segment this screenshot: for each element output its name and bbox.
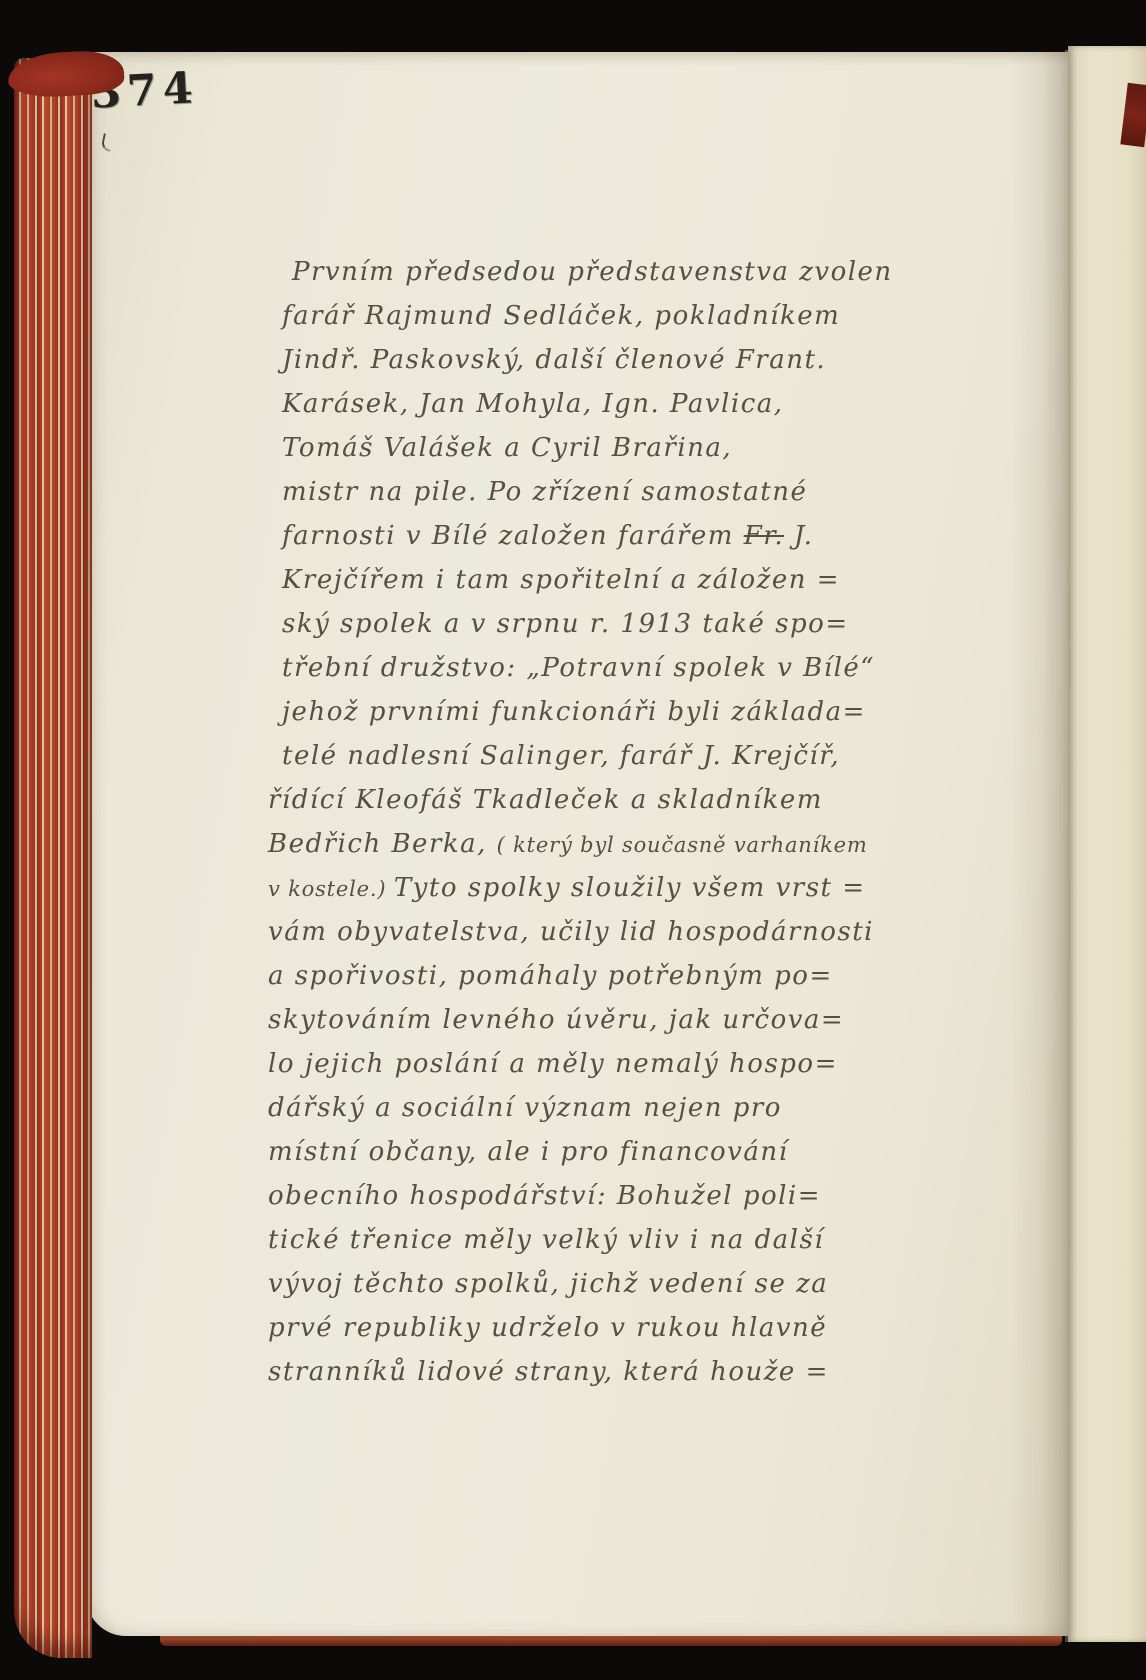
handwritten-line: řídící Kleofáš Tkadleček a skladníkem bbox=[268, 778, 1012, 822]
handwritten-line: Karásek, Jan Mohyla, Ign. Pavlica, bbox=[282, 382, 1012, 426]
handwritten-line: dářský a sociální význam nejen pro bbox=[268, 1086, 1012, 1130]
parenthetical-note: ( který byl současně varhaníkem bbox=[497, 833, 868, 857]
handwritten-line: v kostele.) Tyto spolky sloužily všem vr… bbox=[268, 866, 1012, 910]
handwritten-line: telé nadlesní Salinger, farář J. Krejčíř… bbox=[282, 734, 1012, 778]
handwritten-line: Jindř. Paskovský, další členové Frant. bbox=[282, 338, 1012, 382]
handwritten-line: a spořivosti, pomáhaly potřebným po= bbox=[268, 954, 1012, 998]
handwritten-line: obecního hospodářství: Bohužel poli= bbox=[268, 1174, 1012, 1218]
book-page-edges bbox=[14, 58, 92, 1658]
handwritten-line: místní občany, ale i pro financování bbox=[268, 1130, 1012, 1174]
struck-text: Fr. bbox=[744, 521, 784, 551]
handwritten-line: mistr na pile. Po zřízení samostatné bbox=[282, 470, 1012, 514]
book-scan-scene: 374 Prvním předsedou představenstva zvol… bbox=[0, 0, 1146, 1680]
ink-smudge-mark bbox=[100, 133, 113, 152]
handwritten-line: vám obyvatelstva, učily lid hospodárnost… bbox=[268, 910, 1012, 954]
handwritten-line: stranníků lidové strany, která houže = bbox=[268, 1350, 1012, 1394]
handwritten-line: prvé republiky udrželo v rukou hlavně bbox=[268, 1306, 1012, 1350]
chronicle-page: 374 Prvním předsedou představenstva zvol… bbox=[86, 52, 1068, 1636]
handwritten-line: Krejčířem i tam spořitelní a záložen = bbox=[282, 558, 1012, 602]
handwritten-line: lo jejich poslání a měly nemalý hospo= bbox=[268, 1042, 1012, 1086]
handwritten-line: Tomáš Valášek a Cyril Brařina, bbox=[282, 426, 1012, 470]
adjacent-page bbox=[1068, 46, 1146, 1642]
handwritten-line: třební družstvo: „Potravní spolek v Bílé… bbox=[282, 646, 1012, 690]
handwritten-line: ský spolek a v srpnu r. 1913 také spo= bbox=[282, 602, 1012, 646]
handwritten-text-block: Prvním předsedou představenstva zvolen f… bbox=[282, 250, 1012, 1394]
handwritten-line: skytováním levného úvěru, jak určova= bbox=[268, 998, 1012, 1042]
handwritten-line: farář Rajmund Sedláček, pokladníkem bbox=[282, 294, 1012, 338]
handwritten-line: vývoj těchto spolků, jichž vedení se za bbox=[268, 1262, 1012, 1306]
handwritten-text-segment: Tyto spolky sloužily všem vrst = bbox=[394, 873, 866, 903]
handwritten-line: farnosti v Bílé založen farářem Fr. J. bbox=[282, 514, 1012, 558]
parenthetical-note: v kostele.) bbox=[268, 877, 394, 901]
handwritten-text-segment: farnosti v Bílé založen farářem bbox=[282, 521, 744, 551]
handwritten-text-segment: J. bbox=[784, 521, 813, 551]
handwritten-line: tické třenice měly velký vliv i na další bbox=[268, 1218, 1012, 1262]
handwritten-text-segment: Bedřich Berka, bbox=[268, 829, 497, 859]
handwritten-line: Prvním předsedou představenstva zvolen bbox=[282, 250, 1012, 294]
handwritten-line: jehož prvními funkcionáři byli základa= bbox=[282, 690, 1012, 734]
handwritten-line: Bedřich Berka, ( který byl současně varh… bbox=[268, 822, 1012, 866]
